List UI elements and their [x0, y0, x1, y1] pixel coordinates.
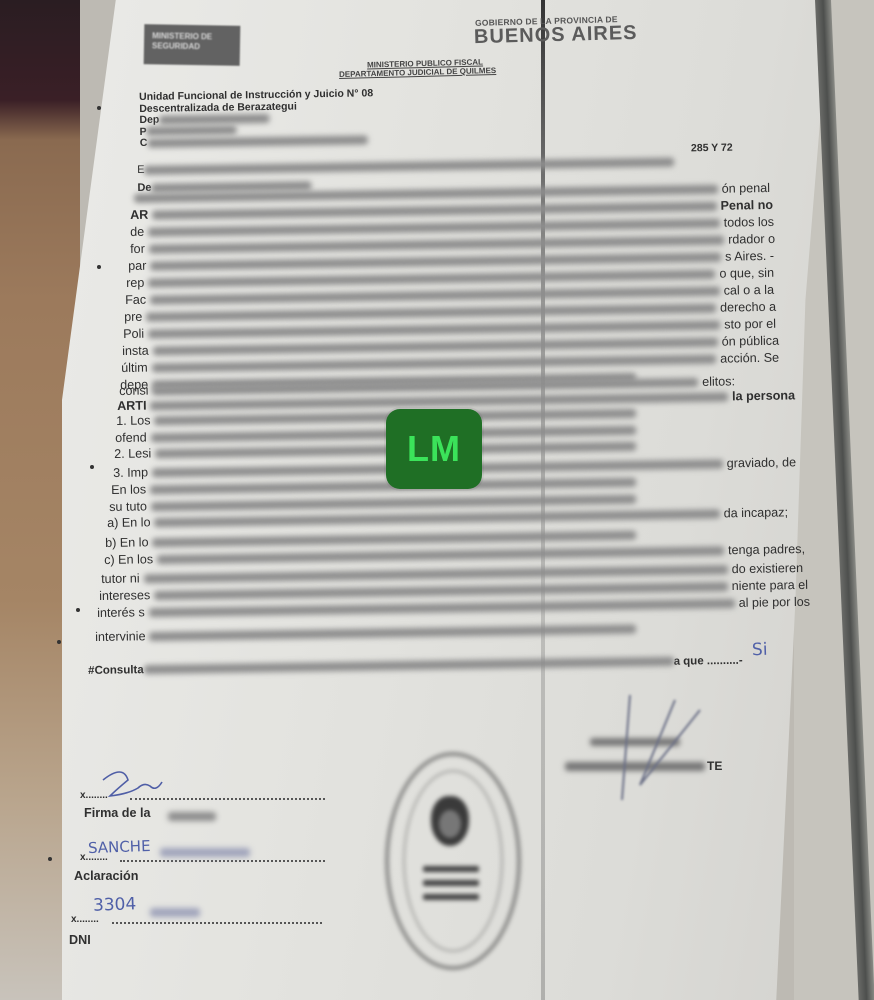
body-line-end: sto por el — [724, 316, 776, 333]
body-line-start: interés s — [97, 604, 145, 621]
handwritten-dni: 3304 — [93, 894, 137, 915]
official-stamp — [385, 752, 521, 970]
body-line-start: b) En lo — [105, 534, 149, 551]
body-line-start: c) En los — [104, 551, 153, 568]
body-line-end: Penal no — [720, 197, 773, 214]
body-line-start: últim — [121, 360, 148, 377]
body-line-end: s Aires. - — [725, 248, 774, 265]
body-line-end: ón pública — [722, 333, 780, 350]
body-line-start: intereses — [99, 587, 150, 604]
unit-block: Unidad Funcional de Instrucción y Juicio… — [139, 88, 374, 149]
ministry-logo: MINISTERIO DE SEGURIDAD — [144, 24, 241, 66]
body-line-start: tutor ni — [101, 570, 140, 587]
redacted-text — [150, 908, 200, 917]
speck — [76, 608, 80, 612]
body-line-end: o que, sin — [719, 265, 774, 282]
speck — [97, 265, 101, 269]
redacted-text — [160, 848, 250, 857]
body-line-end: da incapaz; — [724, 504, 789, 521]
officer-signature-scribble — [600, 690, 710, 800]
body-line-start: Fac — [125, 292, 146, 309]
body-line-start: for — [130, 241, 145, 257]
body-line-end: la persona — [732, 387, 795, 404]
body-line-end: todos los — [724, 214, 775, 231]
body-line-start: rep — [126, 275, 144, 291]
intro-line: E — [137, 164, 145, 176]
body-line-start: AR — [130, 207, 148, 223]
body-line-start: su tuto — [109, 498, 147, 515]
body-line-end: cal o a la — [724, 282, 775, 299]
body-line-start: par — [128, 258, 146, 274]
body-line-end: ón penal — [722, 180, 771, 197]
watermark-text: LM — [407, 428, 461, 470]
handwritten-name: SANCHE — [88, 837, 151, 857]
body-line-end: niente para el — [732, 577, 809, 594]
reference-number: 285 Y 72 — [691, 142, 733, 155]
body-line-start: ofend — [115, 430, 147, 447]
body-line-start: a) En lo — [107, 514, 151, 531]
redacted-text — [168, 812, 216, 821]
body-line-start: intervinie — [95, 628, 146, 645]
body-line-end: al pie por los — [739, 594, 811, 611]
body-line-end: acción. Se — [720, 350, 779, 367]
body-line-end: do existieren — [732, 560, 804, 577]
clarification-label: Aclaración — [74, 869, 138, 883]
ministry-logo-text: MINISTERIO DE SEGURIDAD — [152, 31, 212, 51]
body-line-end: graviado, de — [727, 454, 797, 471]
body-line-start: de — [130, 224, 144, 240]
victim-signature-scribble — [98, 768, 168, 804]
dni-line — [112, 922, 322, 924]
coat-of-arms-icon — [431, 796, 469, 846]
body-line-start: pre — [124, 309, 142, 325]
signature-label: Firma de la — [84, 806, 151, 820]
body-line-start: 3. Imp — [113, 464, 148, 481]
body-line-start: insta — [122, 343, 149, 360]
body-line-start: 2. Lesi — [114, 445, 151, 462]
body-line-end: tenga padres, — [728, 541, 805, 558]
consulta-start: #Consulta — [88, 664, 144, 677]
speck — [90, 465, 94, 469]
clarification-line — [120, 860, 325, 862]
body-line-start: 1. Los — [116, 412, 151, 429]
watermark-logo: LM — [386, 409, 482, 489]
body-line-start: Poli — [123, 326, 144, 343]
speck — [97, 106, 101, 110]
handwritten-answer: Si — [752, 640, 768, 661]
body-line-end: rdador o — [728, 231, 775, 248]
body-line-start: En los — [111, 481, 146, 498]
dni-label: DNI — [69, 933, 91, 947]
consulta-end: a que ..........- — [674, 655, 743, 668]
body-line-end: derecho a — [720, 299, 776, 316]
province-title: BUENOS AIRES — [474, 22, 638, 49]
speck — [57, 640, 61, 644]
speck — [48, 857, 52, 861]
